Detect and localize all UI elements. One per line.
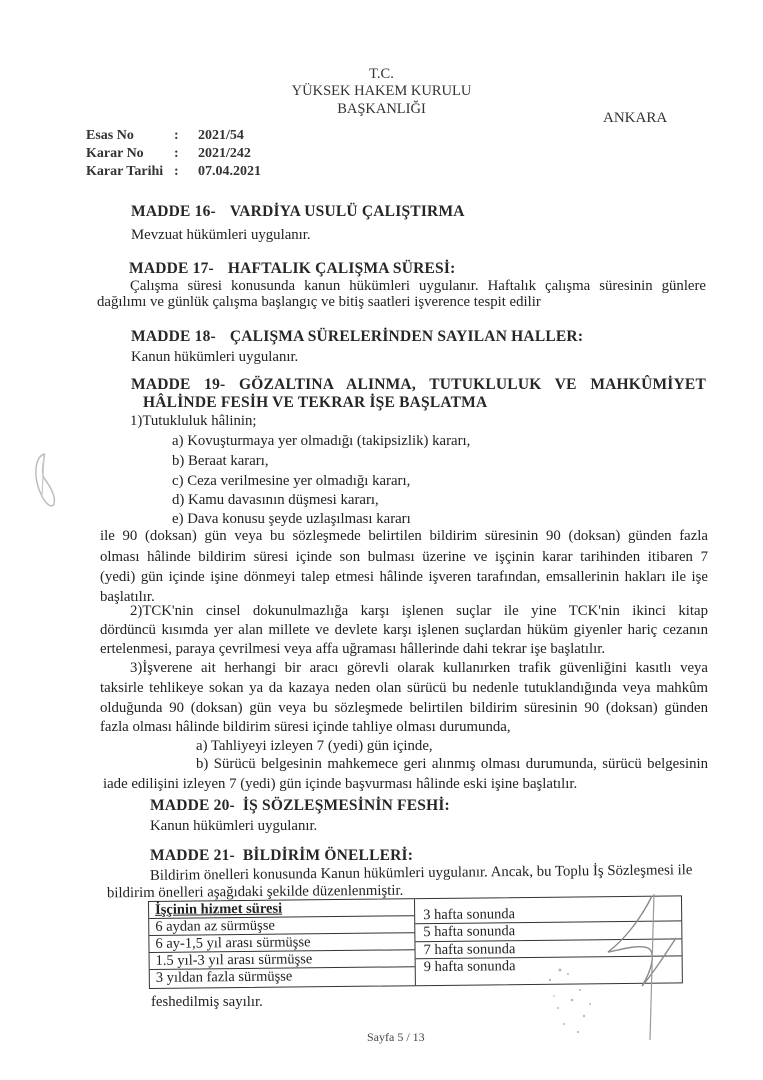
article-number: MADDE 21- [150, 847, 235, 865]
page-number: Sayfa 5 / 13 [367, 1030, 425, 1045]
meta-karar-tarihi: Karar Tarihi:07.04.2021 [86, 164, 261, 180]
article-19-para1-line: ile 90 (doksan) gün veya bu sözleşmede b… [100, 528, 708, 545]
meta-label: Karar No [86, 146, 174, 162]
article-19-item: e) Dava konusu şeyde uzlaşılması kararı [172, 511, 411, 528]
meta-karar-no: Karar No:2021/242 [86, 146, 251, 162]
article-19-para3-item: b) Sürücü belgesinin mahkemece geri alın… [196, 756, 708, 773]
meta-colon: : [174, 164, 198, 180]
article-19-item: d) Kamu davasının düşmesi kararı, [172, 492, 379, 509]
article-19-intro: 1)Tutukluluk hâlinin; [130, 413, 256, 430]
article-number: MADDE 18- [131, 328, 216, 346]
article-number: MADDE 20- [150, 797, 235, 815]
article-19-heading-line1: MADDE 19- GÖZALTINA ALINMA, TUTUKLULUK V… [131, 376, 706, 394]
article-17-heading: MADDE 17-HAFTALIK ÇALIŞMA SÜRESİ: [129, 260, 455, 278]
signature [600, 890, 700, 1050]
article-19-para3-line: taksirle tehlikeye sokan ya da kazaya ne… [100, 680, 708, 697]
article-16-heading: MADDE 16-VARDİYA USULÜ ÇALIŞTIRMA [131, 203, 465, 221]
article-21-body-line: Bildirim önelleri konusunda Kanun hüküml… [150, 862, 693, 885]
article-title: BİLDİRİM ÖNELLERİ: [243, 847, 413, 864]
article-19-para3-line: olduğunda 90 (doksan) gün veya bu sözleş… [100, 700, 708, 717]
article-19-item: c) Ceza verilmesine yer olmadığı kararı, [172, 473, 410, 490]
service-column: İşçinin hizmet süresi 6 aydan az sürmüşs… [149, 899, 416, 988]
header-tc: T.C. [0, 66, 763, 83]
article-16-body: Mevzuat hükümleri uygulanır. [131, 227, 311, 244]
article-title: GÖZALTINA ALINMA, TUTUKLULUK VE MAHKÛMİY… [239, 376, 706, 393]
meta-label: Esas No [86, 128, 174, 144]
meta-label: Karar Tarihi [86, 164, 174, 180]
article-20-body: Kanun hükümleri uygulanır. [150, 818, 317, 835]
article-19-para1-line: olması hâlinde bildirim süresi içinde so… [100, 549, 708, 566]
article-number: MADDE 16- [131, 203, 216, 221]
margin-handwriting-mark [30, 448, 70, 512]
article-title: VARDİYA USULÜ ÇALIŞTIRMA [230, 203, 465, 220]
article-19-item: a) Kovuşturmaya yer olmadığı (takipsizli… [172, 433, 470, 450]
article-19-para2-line: dördüncü kısımda yer alan millete ve dev… [100, 622, 708, 639]
article-19-para1-line: (yedi) gün içinde işine dönmeyi talep et… [100, 569, 708, 586]
article-title: HAFTALIK ÇALIŞMA SÜRESİ: [228, 260, 456, 277]
article-21-closing: feshedilmiş sayılır. [151, 994, 263, 1011]
article-19-para3-item: a) Tahliyeyi izleyen 7 (yedi) gün içinde… [196, 738, 433, 755]
article-19-para3-line: 3)İşverene ait herhangi bir aracı görevl… [130, 660, 708, 677]
article-21-heading: MADDE 21-BİLDİRİM ÖNELLERİ: [150, 847, 413, 865]
article-17-body-line: dağılımı ve günlük çalışma başlangıç ve … [97, 294, 541, 311]
header-city: ANKARA [603, 110, 667, 127]
meta-value: 2021/54 [198, 128, 244, 143]
article-number: MADDE 17- [129, 260, 214, 278]
article-19-para2-line: ertelenmesi, paraya çevrilmesi veya affa… [100, 641, 605, 658]
meta-colon: : [174, 128, 198, 144]
article-18-heading: MADDE 18-ÇALIŞMA SÜRELERİNDEN SAYILAN HA… [131, 328, 583, 346]
meta-esas-no: Esas No:2021/54 [86, 128, 244, 144]
article-19-para2-line: 2)TCK'nin cinsel dokunulmazlığa karşı iş… [130, 603, 708, 620]
article-number: MADDE 19- [131, 376, 225, 393]
article-19-para3-line: fazla olması hâlinde bildirim süresi içi… [100, 719, 511, 736]
article-title: İŞ SÖZLEŞMESİNİN FESHİ: [243, 797, 450, 814]
article-17-body-line: Çalışma süresi konusunda kanun hükümleri… [130, 278, 706, 295]
stamp-residue [520, 960, 610, 1050]
article-18-body: Kanun hükümleri uygulanır. [131, 349, 298, 366]
article-19-item: b) Beraat kararı, [172, 453, 269, 470]
meta-value: 2021/242 [198, 146, 251, 161]
meta-value: 07.04.2021 [198, 164, 261, 179]
meta-colon: : [174, 146, 198, 162]
table-row-service: 3 yıldan fazla sürmüşse [150, 967, 415, 988]
article-19-para3-end: iade edilişini izleyen 7 (yedi) gün için… [103, 776, 577, 793]
article-title: ÇALIŞMA SÜRELERİNDEN SAYILAN HALLER: [230, 328, 583, 345]
header-institution: YÜKSEK HAKEM KURULU [0, 83, 763, 100]
article-19-heading-line2: HÂLİNDE FESİH VE TEKRAR İŞE BAŞLATMA [143, 394, 487, 412]
article-20-heading: MADDE 20-İŞ SÖZLEŞMESİNİN FESHİ: [150, 797, 450, 815]
